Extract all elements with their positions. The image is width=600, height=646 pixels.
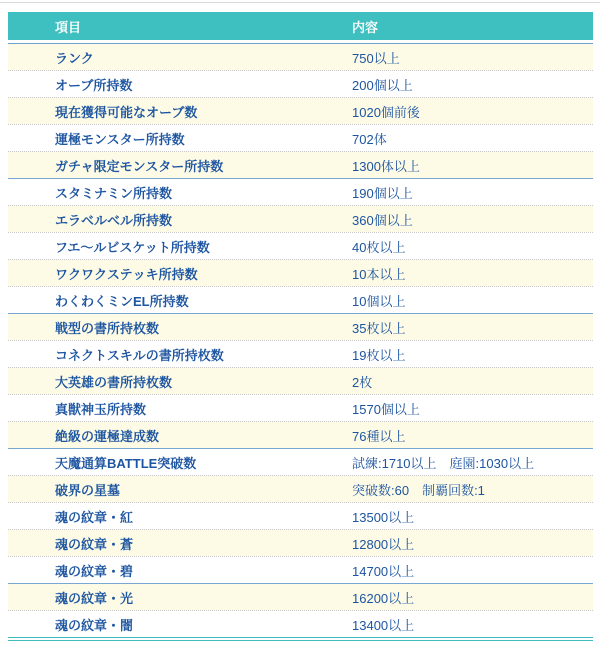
row-label: エラベルベル所持数	[8, 210, 352, 229]
table-bottom-border	[8, 637, 593, 641]
row-value: 1300体以上	[352, 156, 593, 175]
row-value: 2枚	[352, 372, 593, 391]
row-value: 360個以上	[352, 210, 593, 229]
table-row: 大英雄の書所持枚数2枚	[8, 367, 593, 394]
row-value: 1020個前後	[352, 102, 593, 121]
table-row: ガチャ限定モンスター所持数1300体以上	[8, 151, 593, 178]
row-label: 戦型の書所持枚数	[8, 318, 352, 337]
row-value: 750以上	[352, 48, 593, 67]
table-row: 現在獲得可能なオーブ数1020個前後	[8, 97, 593, 124]
row-label: 魂の紋章・紅	[8, 507, 352, 526]
row-value: 702体	[352, 129, 593, 148]
row-value: 12800以上	[352, 534, 593, 553]
row-label: 破界の星墓	[8, 480, 352, 499]
row-value: 14700以上	[352, 561, 593, 580]
row-value: 突破数:60 制覇回数:1	[352, 480, 593, 499]
table-row: ランク750以上	[8, 44, 593, 70]
row-label: 魂の紋章・蒼	[8, 534, 352, 553]
header-content-column: 内容	[352, 17, 593, 36]
table-row: わくわくミンEL所持数10個以上	[8, 286, 593, 313]
row-label: 大英雄の書所持枚数	[8, 372, 352, 391]
header-item-column: 項目	[8, 17, 352, 36]
table-row: 魂の紋章・紅13500以上	[8, 502, 593, 529]
table-row: オーブ所持数200個以上	[8, 70, 593, 97]
row-label: 現在獲得可能なオーブ数	[8, 102, 352, 121]
row-label: 魂の紋章・光	[8, 588, 352, 607]
row-value: 19枚以上	[352, 345, 593, 364]
table-row: フエ〜ルビスケット所持数40枚以上	[8, 232, 593, 259]
row-label: 運極モンスター所持数	[8, 129, 352, 148]
table-row: 魂の紋章・闇13400以上	[8, 610, 593, 637]
row-label: 魂の紋章・碧	[8, 561, 352, 580]
row-label: 天魔通算BATTLE突破数	[8, 453, 352, 472]
table-row: 魂の紋章・光16200以上	[8, 583, 593, 610]
table-header-row: 項目 内容	[8, 12, 593, 40]
row-label: 真獣神玉所持数	[8, 399, 352, 418]
row-label: コネクトスキルの書所持枚数	[8, 345, 352, 364]
row-value: 13400以上	[352, 615, 593, 634]
row-value: 76種以上	[352, 426, 593, 445]
row-value: 200個以上	[352, 75, 593, 94]
row-value: 190個以上	[352, 183, 593, 202]
row-label: スタミナミン所持数	[8, 183, 352, 202]
row-label: オーブ所持数	[8, 75, 352, 94]
row-label: ランク	[8, 48, 352, 67]
row-value: 10個以上	[352, 291, 593, 310]
table-row: 戦型の書所持枚数35枚以上	[8, 313, 593, 340]
row-label: ガチャ限定モンスター所持数	[8, 156, 352, 175]
row-label: 魂の紋章・闇	[8, 615, 352, 634]
table-row: 絶級の運極達成数76種以上	[8, 421, 593, 448]
table-row: エラベルベル所持数360個以上	[8, 205, 593, 232]
row-value: 40枚以上	[352, 237, 593, 256]
row-value: 13500以上	[352, 507, 593, 526]
row-value: 10本以上	[352, 264, 593, 283]
table-row: 天魔通算BATTLE突破数試練:1710以上 庭園:1030以上	[8, 448, 593, 475]
table-row: ワクワクステッキ所持数10本以上	[8, 259, 593, 286]
row-value: 試練:1710以上 庭園:1030以上	[352, 453, 593, 472]
row-label: わくわくミンEL所持数	[8, 291, 352, 310]
table-row: スタミナミン所持数190個以上	[8, 178, 593, 205]
table-row: 魂の紋章・蒼12800以上	[8, 529, 593, 556]
row-label: ワクワクステッキ所持数	[8, 264, 352, 283]
stats-table: 項目 内容 ランク750以上オーブ所持数200個以上現在獲得可能なオーブ数102…	[8, 12, 593, 641]
row-value: 16200以上	[352, 588, 593, 607]
table-row: 破界の星墓突破数:60 制覇回数:1	[8, 475, 593, 502]
row-value: 1570個以上	[352, 399, 593, 418]
row-label: フエ〜ルビスケット所持数	[8, 237, 352, 256]
row-label: 絶級の運極達成数	[8, 426, 352, 445]
page-top-rule	[0, 2, 600, 3]
table-row: 真獣神玉所持数1570個以上	[8, 394, 593, 421]
row-value: 35枚以上	[352, 318, 593, 337]
table-row: コネクトスキルの書所持枚数19枚以上	[8, 340, 593, 367]
table-row: 魂の紋章・碧14700以上	[8, 556, 593, 583]
table-row: 運極モンスター所持数702体	[8, 124, 593, 151]
table-body: ランク750以上オーブ所持数200個以上現在獲得可能なオーブ数1020個前後運極…	[8, 43, 593, 637]
